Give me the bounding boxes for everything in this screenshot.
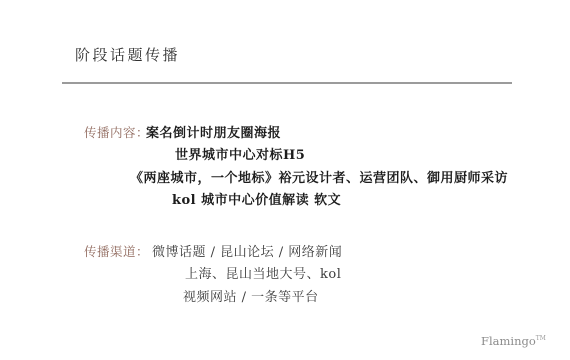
content-line: kol 城市中心价值解读 软文	[172, 189, 341, 208]
title-divider-line	[62, 82, 512, 84]
content-line: 案名倒计时朋友圈海报	[146, 122, 281, 141]
content-line: 《两座城市，一个地标》裕元设计者、运营团队、御用厨师采访	[130, 167, 508, 186]
slide-canvas: 阶段话题传播 传播内容： 案名倒计时朋友圈海报 世界城市中心对标H5 《两座城市…	[0, 0, 570, 360]
content-section-label: 传播内容：	[84, 123, 149, 141]
channel-line: 微博话题 / 昆山论坛 / 网络新闻	[152, 241, 342, 260]
brand-logo-text: FlamingoTM	[481, 334, 546, 348]
trademark-symbol: TM	[536, 335, 546, 342]
channel-line: 上海、昆山当地大号、kol	[185, 263, 341, 282]
brand-name: Flamingo	[481, 334, 536, 348]
slide-title: 阶段话题传播	[75, 44, 180, 65]
content-line: 世界城市中心对标H5	[175, 144, 305, 163]
channel-section-label: 传播渠道：	[84, 242, 149, 260]
channel-line: 视频网站 / 一条等平台	[183, 286, 319, 305]
